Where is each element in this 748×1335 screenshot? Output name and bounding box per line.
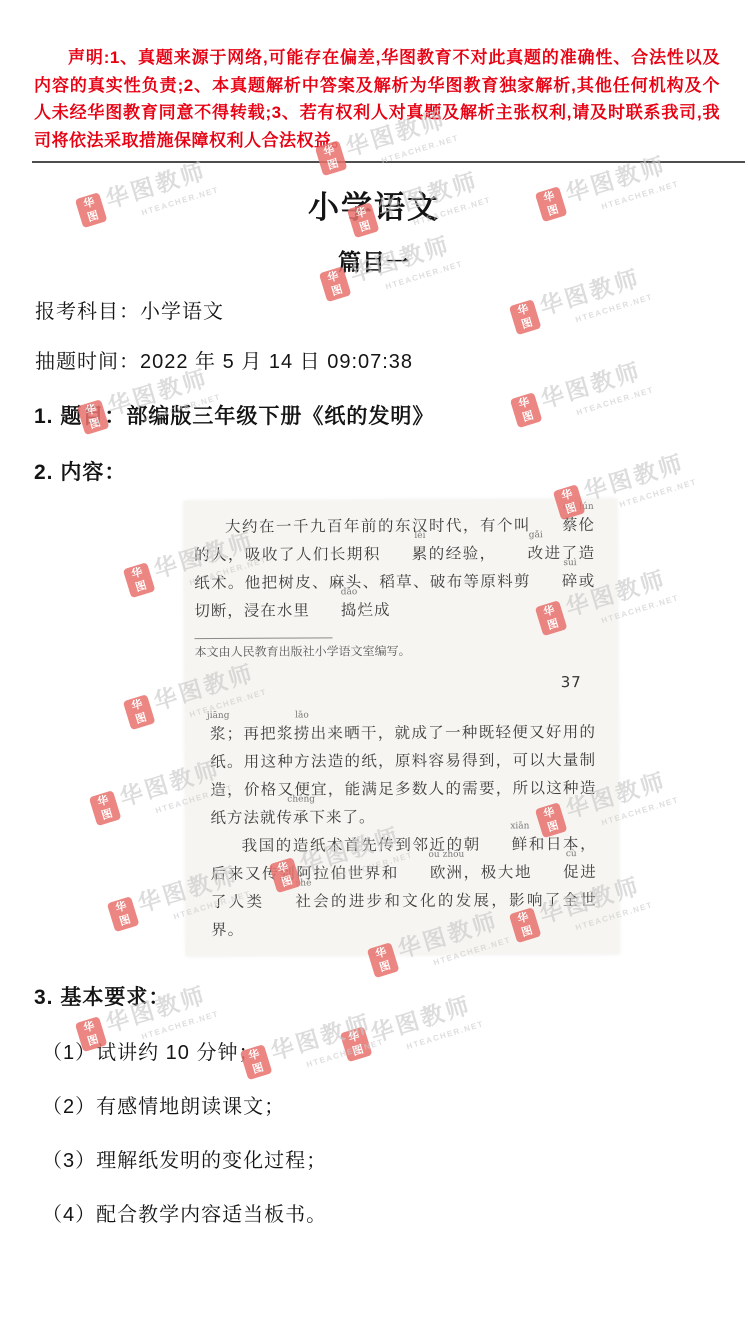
requirements-title: 3. 基本要求：	[34, 981, 748, 1011]
footnote-text: 本文由人民教育出版社小学语文室编写。	[195, 642, 596, 660]
page-subtitle: 篇目一	[0, 244, 748, 277]
huatu-logo-icon: 华 图	[123, 562, 156, 598]
requirement-item-4: （4）配合教学内容适当板书。	[42, 1198, 748, 1227]
annotated-word: 鲜xiān	[481, 830, 529, 858]
requirement-item-1: （1）试讲约 10 分钟；	[42, 1036, 748, 1065]
pinyin-annotation: lāo	[295, 711, 309, 720]
annotated-word: 碎suì	[531, 567, 579, 595]
annotated-word: 捞lāo	[294, 719, 311, 747]
huatu-logo-icon: 华 图	[123, 694, 156, 730]
annotated-word: 浆jiāng	[210, 720, 227, 748]
draw-time-line: 抽题时间：2022 年 5 月 14 日 09:07:38	[35, 345, 748, 374]
annotated-word: 累lěi	[381, 540, 429, 568]
annotated-word: 欧洲ōu zhōu	[399, 859, 463, 887]
annotated-word: 社shè	[264, 887, 312, 915]
excerpt-paragraph-1: 大约在一千九百年前的东汉时代，有个叫蔡伦cài lún的人，吸收了人们长期积累l…	[194, 511, 596, 625]
huatu-logo-icon: 华 图	[107, 896, 140, 932]
pinyin-annotation: cài lún	[532, 503, 594, 512]
annotated-word: 承chéng	[293, 803, 310, 831]
pinyin-annotation: chéng	[287, 795, 315, 804]
document-page: 声明:1、真题来源于网络,可能存在偏差,华图教育不对此真题的准确性、合法性以及内…	[0, 0, 748, 1335]
requirement-item-2: （2）有感情地朗读课文；	[42, 1090, 748, 1119]
pinyin-annotation: lěi	[383, 532, 425, 541]
footnote-divider	[195, 637, 333, 639]
excerpt-paragraph-3: 我国的造纸术首先传到邻近的朝鲜xiān和日本，后来又传到阿拉伯世界和欧洲ōu z…	[211, 830, 598, 944]
subject-line: 报考科目：小学语文	[35, 295, 748, 324]
requirement-item-3: （3）理解纸发明的变化过程；	[42, 1144, 748, 1173]
disclaimer-paragraph: 声明:1、真题来源于网络,可能存在偏差,华图教育不对此真题的准确性、合法性以及内…	[34, 44, 720, 154]
question-title: 1. 题目：部编版三年级下册《纸的发明》	[34, 400, 748, 430]
pinyin-annotation: suì	[532, 559, 576, 568]
annotated-word: 捣dǎo	[310, 596, 358, 624]
huatu-logo-icon: 华 图	[89, 790, 122, 826]
pinyin-annotation: gǎi	[498, 531, 543, 540]
textbook-scan: 大约在一千九百年前的东汉时代，有个叫蔡伦cài lún的人，吸收了人们长期积累l…	[184, 499, 619, 956]
disclaimer-text: 1、真题来源于网络,可能存在偏差,华图教育不对此真题的准确性、合法性以及内容的真…	[34, 48, 720, 150]
pinyin-annotation: shè	[265, 879, 312, 888]
page-title: 小学语文	[0, 182, 748, 227]
excerpt-second-page: 浆jiāng；再把浆捞lāo出来晒干，就成了一种既轻便又好用的纸。用这种方法造的…	[195, 718, 597, 944]
page-number: 37	[195, 668, 596, 698]
content-label: 2. 内容：	[34, 456, 748, 486]
excerpt-paragraph-2: 浆jiāng；再把浆捞lāo出来晒干，就成了一种既轻便又好用的纸。用这种方法造的…	[210, 718, 597, 832]
pinyin-annotation: dǎo	[310, 588, 358, 597]
disclaimer-label: 声明:	[68, 48, 110, 67]
pinyin-annotation: cù	[535, 850, 577, 859]
pinyin-annotation: ōu zhōu	[397, 851, 464, 860]
annotated-word: 促cù	[532, 858, 580, 886]
pinyin-annotation: xiān	[479, 822, 529, 831]
pinyin-annotation: jiāng	[207, 712, 230, 721]
header-divider	[32, 161, 745, 163]
